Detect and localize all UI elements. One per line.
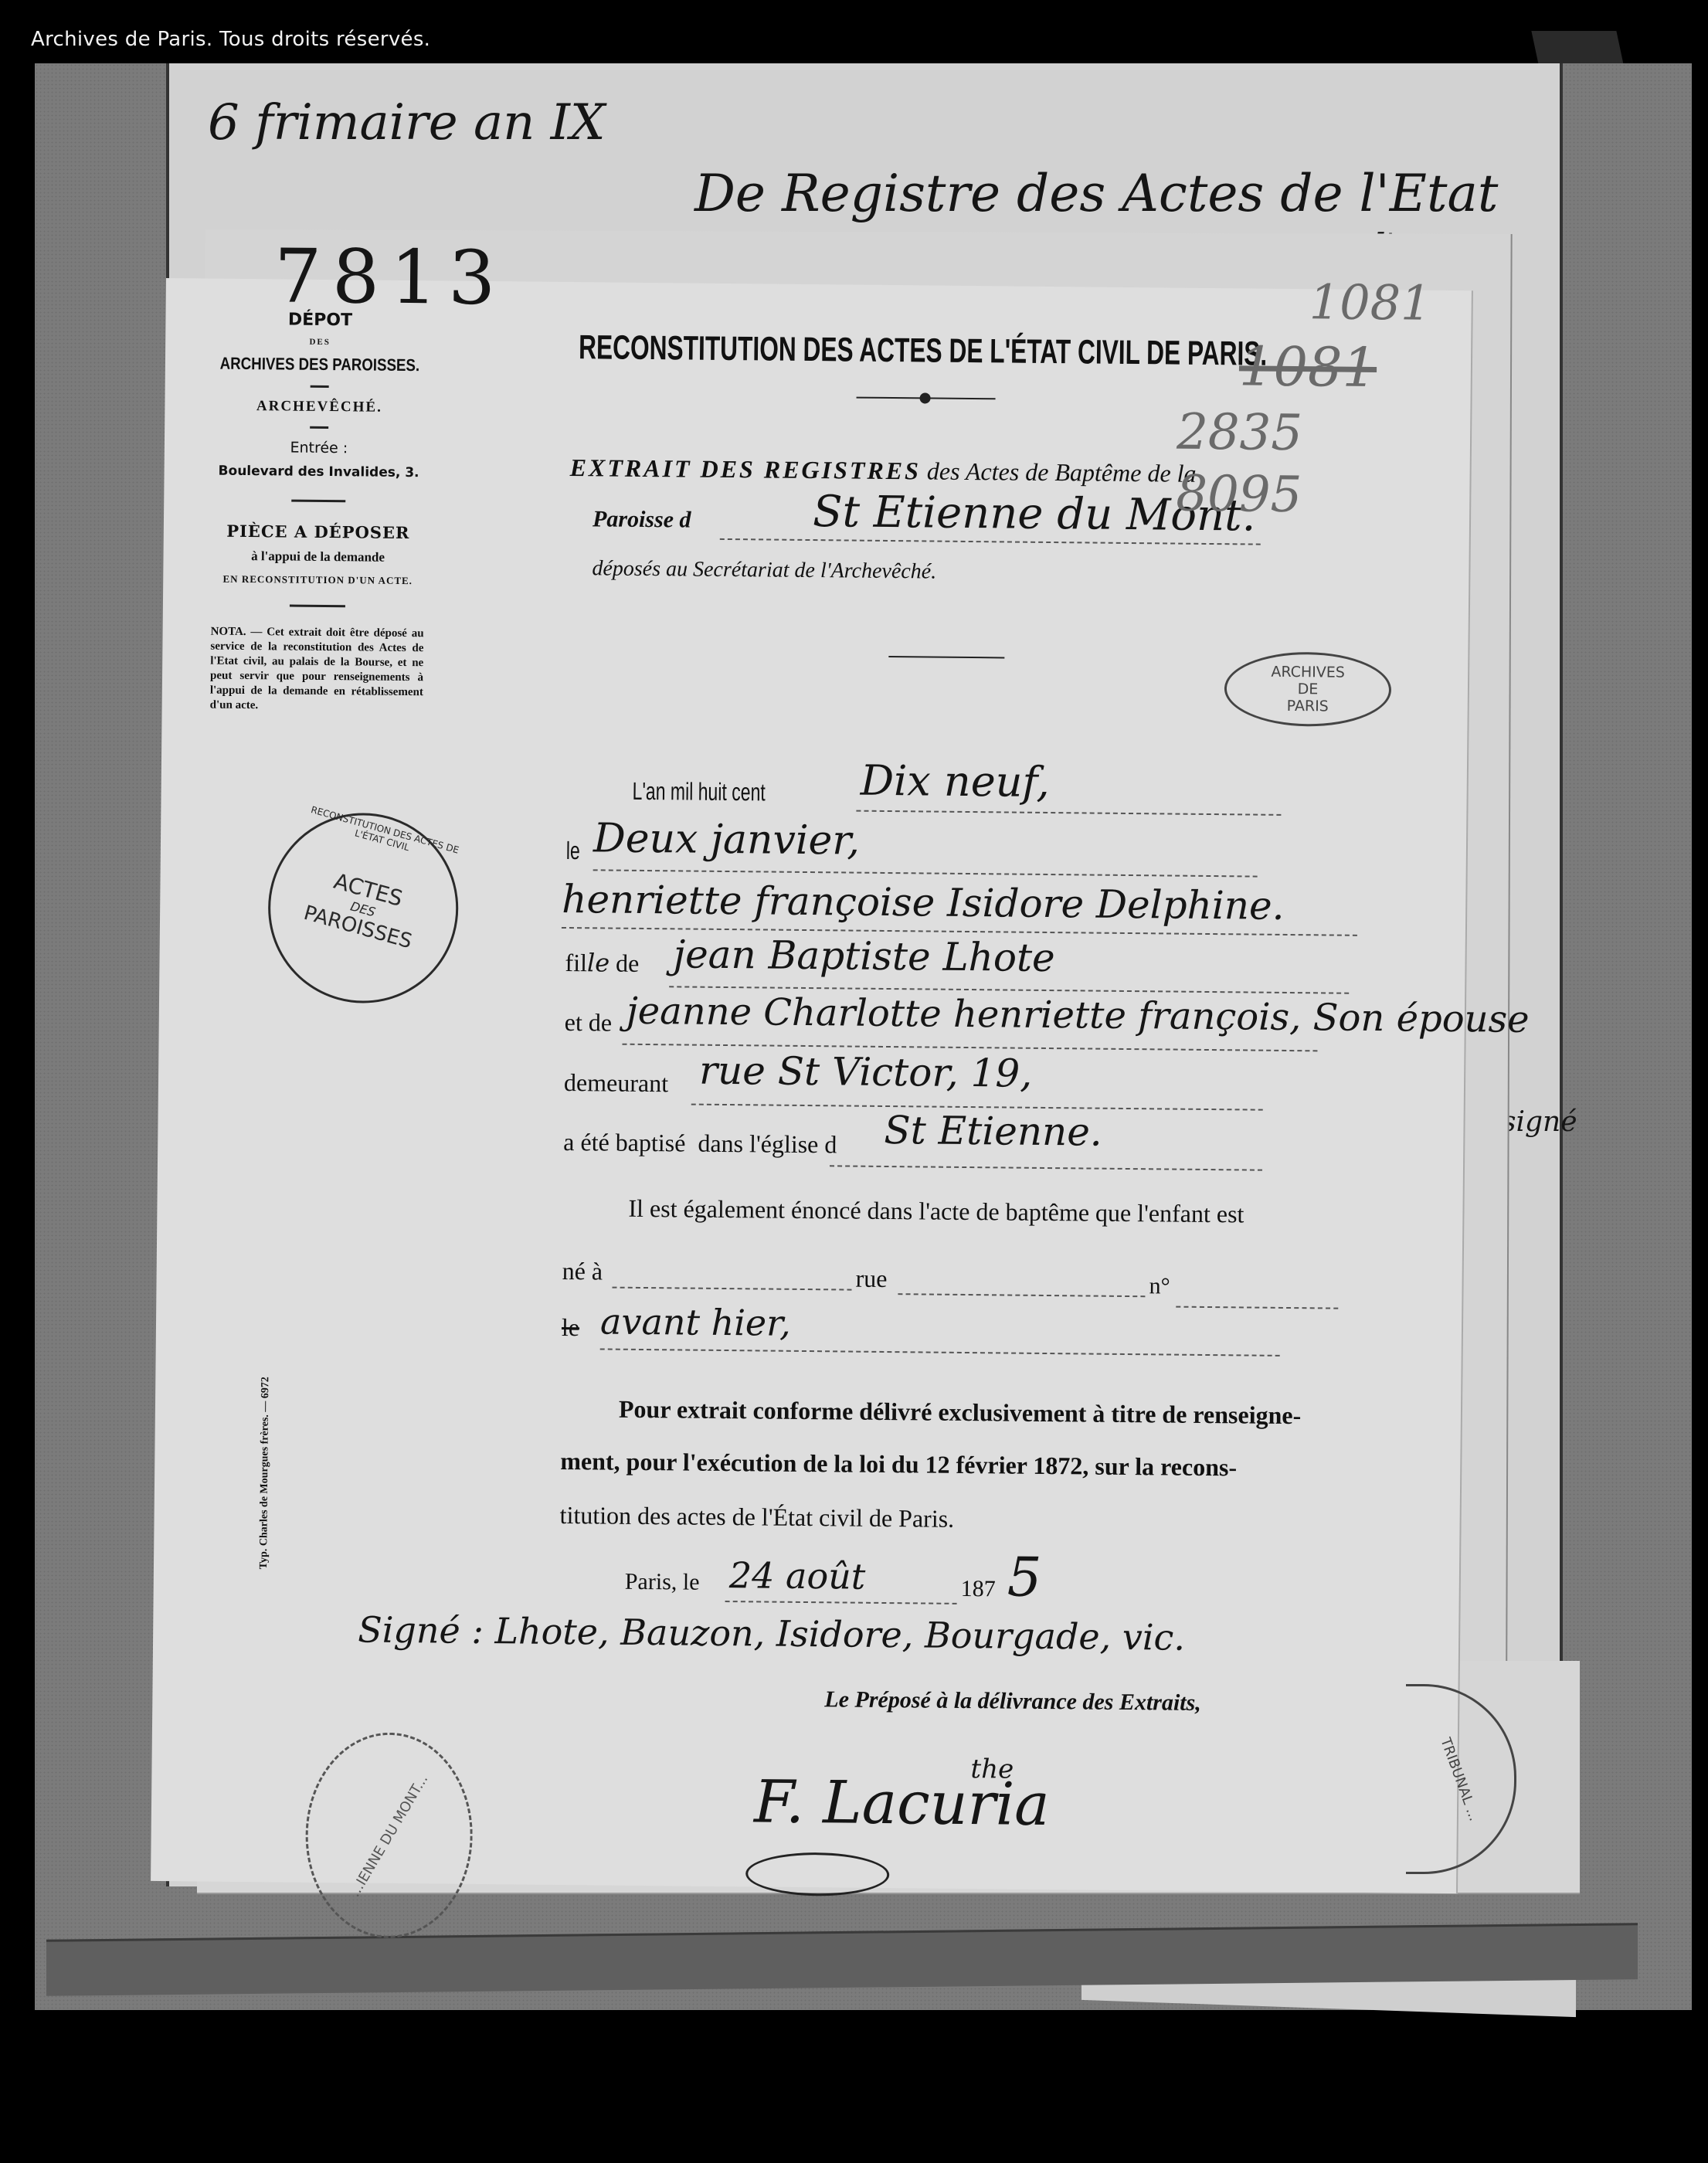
demeurant-label: demeurant [564, 1068, 668, 1098]
section-ornament [888, 656, 1004, 658]
archives-stamp-line1: ARCHIVES [1271, 664, 1345, 681]
printer-mark: Typ. Charles de Mourgues frères. — 6972 [258, 1377, 272, 1569]
extrait-bold: EXTRAIT DES REGISTRES [569, 453, 921, 484]
tribunal-stamp-text: TRIBUNAL ... [1438, 1735, 1482, 1822]
extrait-rest: des Actes de Baptême de la [927, 457, 1197, 487]
extrait-line: EXTRAIT DES REGISTRES des Actes de Baptê… [569, 453, 1196, 488]
fils-suffix: le [587, 948, 610, 977]
parish-stamp: RECONSTITUTION DES ACTES DE L'ÉTAT CIVIL… [246, 791, 480, 1025]
signed-by-line: Signé : Lhote, Bauzon, Isidore, Bourgade… [358, 1608, 1185, 1658]
paris-le-label: Paris, le [625, 1569, 700, 1596]
pencil-number-struck: 1081 [1239, 334, 1377, 399]
archives-label: ARCHIVES DES PAROISSES. [215, 354, 425, 376]
extract-page: 7813 DÉPOT DES ARCHIVES DES PAROISSES. A… [151, 278, 1473, 1893]
conformity-line3: titution des actes de l'État civil de Pa… [559, 1501, 954, 1533]
archives-stamp-line3: PARIS [1287, 698, 1329, 715]
numero-label: n° [1149, 1273, 1170, 1299]
paroisse-label: Paroisse d [593, 506, 691, 533]
rue-label: rue [855, 1265, 887, 1293]
deposes-label: déposés au Secrétariat de l'Archevêché. [592, 556, 936, 584]
register-header-script: De Registre des Actes de l'Etat [694, 164, 1498, 223]
signature-suffix: the [970, 1754, 1014, 1785]
year-suffix: 5 [1007, 1546, 1042, 1609]
baptise-church-value: St Etienne. [884, 1108, 1102, 1155]
fils-label: fil [565, 949, 587, 976]
issue-date-value: 24 août [729, 1554, 866, 1598]
entree-label: Entrée : [195, 438, 443, 457]
an-value: Dix neuf, [860, 756, 1050, 806]
ne-a-label: né à [562, 1257, 603, 1286]
address: Boulevard des Invalides, 3. [195, 463, 443, 480]
nota-paragraph: NOTA. — Cet extrait doit être déposé au … [193, 624, 441, 715]
parish-seal-text: ...IENNE DU MONT... [347, 1771, 431, 1900]
father-name-value: jean Baptiste Lhote [673, 932, 1055, 980]
fils-de-label: de [616, 949, 640, 977]
depot-label: DÉPOT [196, 309, 443, 331]
enonce-line: Il est également énoncé dans l'acte de b… [628, 1194, 1244, 1229]
year-prefix: 187 [961, 1576, 996, 1602]
document-title: RECONSTITUTION DES ACTES DE L'ÉTAT CIVIL… [579, 328, 1268, 374]
margin-fragment: signé [1502, 1106, 1577, 1138]
birth-date-value: avant hier, [600, 1300, 791, 1343]
et-de-label: et de [565, 1008, 613, 1037]
demeurant-value: rue St Victor, 19, [699, 1048, 1033, 1096]
pencil-number-top: 1081 [1309, 273, 1431, 331]
archeveche-label: ARCHEVÊCHÉ. [195, 397, 443, 416]
appui-label: à l'appui de la demande [194, 548, 441, 565]
reconstitution-acte-label: EN RECONSTITUTION D'UN ACTE. [194, 572, 441, 587]
prepose-label: Le Préposé à la délivrance des Extraits, [824, 1686, 1201, 1716]
parish-stamp-outer: RECONSTITUTION DES ACTES DE L'ÉTAT CIVIL [306, 804, 460, 867]
archives-stamp-line2: DE [1298, 681, 1319, 698]
conformity-line1: Pour extrait conforme délivré exclusivem… [619, 1395, 1302, 1430]
pencil-number-2835: 2835 [1177, 404, 1303, 463]
pencil-number-8095: 8095 [1176, 466, 1302, 525]
mother-name-value: jeanne Charlotte henriette françois, Son… [626, 990, 1530, 1041]
des-label: DES [196, 336, 443, 348]
ornament-dot [919, 392, 930, 403]
conformity-line2: ment, pour l'exécution de la loi du 12 f… [560, 1447, 1237, 1482]
piece-label: PIÈCE A DÉPOSER [195, 521, 442, 542]
archives-de-paris-stamp: ARCHIVES DE PARIS [1224, 651, 1392, 727]
an-label: L'an mil huit cent [632, 777, 766, 807]
le-label: le [566, 837, 580, 865]
copyright-watermark: Archives de Paris. Tous droits réservés. [31, 28, 430, 51]
le-value: Deux janvier, [593, 815, 860, 864]
file-number: 7813 [273, 233, 506, 321]
le-struck-label: le [562, 1313, 579, 1342]
baptise-label: a été baptisé dans l'église d [563, 1128, 837, 1159]
fils-line: fille de [565, 948, 639, 978]
date-note: 6 frimaire an IX [208, 94, 606, 151]
child-name-value: henriette françoise Isidore Delphine. [562, 877, 1285, 929]
